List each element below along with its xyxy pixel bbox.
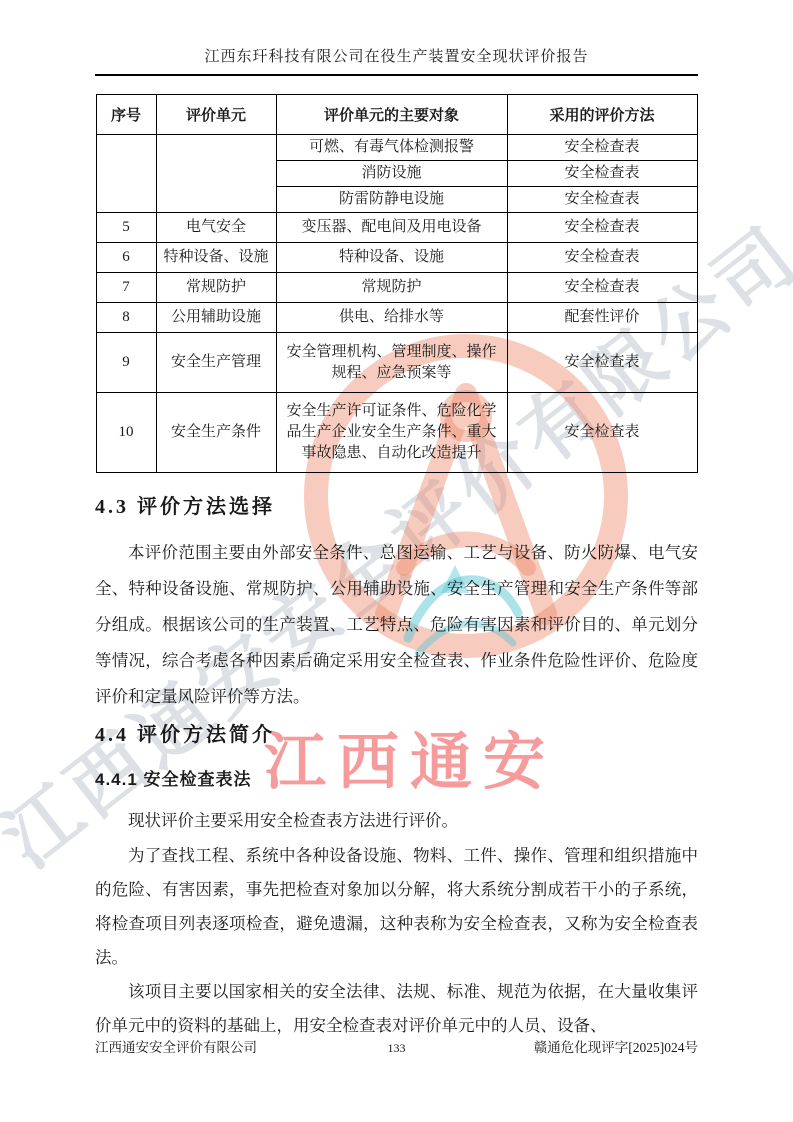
paragraph-4-4-1-basis: 该项目主要以国家相关的安全法律、法规、标准、规范为依据，在大量收集评价单元中的资… <box>95 975 698 1043</box>
table-row: 8 公用辅助设施 供电、给排水等 配套性评价 <box>96 303 697 333</box>
footer-company: 江西通安安全评价有限公司 <box>95 1036 388 1056</box>
column-header-object: 评价单元的主要对象 <box>276 95 507 135</box>
section-heading-4-4-1: 4.4.1 安全检查表法 <box>95 767 698 793</box>
column-header-no: 序号 <box>96 95 156 135</box>
page-content: 江西东玕科技有限公司在役生产装置安全现状评价报告 序号 评价单元 评价单元的主要… <box>0 0 793 1043</box>
table-row: 7 常规防护 常规防护 安全检查表 <box>96 273 697 303</box>
table-row: 10 安全生产条件 安全生产许可证条件、危险化学品生产企业安全生产条件、重大事故… <box>96 393 697 473</box>
cell-object: 常规防护 <box>276 273 507 303</box>
column-header-method: 采用的评价方法 <box>507 95 697 135</box>
cell-method: 安全检查表 <box>507 393 697 473</box>
table-row: 可燃、有毒气体检测报警 安全检查表 <box>96 135 697 161</box>
evaluation-units-table: 序号 评价单元 评价单元的主要对象 采用的评价方法 可燃、有毒气体检测报警 安全… <box>96 94 698 473</box>
cell-method: 配套性评价 <box>507 303 697 333</box>
cell-unit <box>156 135 276 213</box>
cell-object: 安全生产许可证条件、危险化学品生产企业安全生产条件、重大事故隐患、自动化改造提升 <box>276 393 507 473</box>
cell-object: 可燃、有毒气体检测报警 <box>276 135 507 161</box>
cell-method: 安全检查表 <box>507 273 697 303</box>
section-heading-4-3: 4.3 评价方法选择 <box>95 493 698 521</box>
header-rule <box>95 74 698 76</box>
table-row: 6 特种设备、设施 特种设备、设施 安全检查表 <box>96 243 697 273</box>
cell-method: 安全检查表 <box>507 243 697 273</box>
table-header-row: 序号 评价单元 评价单元的主要对象 采用的评价方法 <box>96 95 697 135</box>
document-page: 江西通安安全评价有限公司 江西通安 江西东玕科技有限公司在役生产装置安全现状评价… <box>0 0 793 1122</box>
cell-no: 8 <box>96 303 156 333</box>
cell-object: 消防设施 <box>276 161 507 187</box>
cell-object: 变压器、配电间及用电设备 <box>276 213 507 243</box>
paragraph-4-4-1-intro: 现状评价主要采用安全检查表方法进行评价。 <box>95 803 698 839</box>
cell-object: 供电、给排水等 <box>276 303 507 333</box>
column-header-unit: 评价单元 <box>156 95 276 135</box>
footer-doc-number: 赣通危化现评字[2025]024号 <box>406 1036 699 1056</box>
paragraph-4-4-1-method: 为了查找工程、系统中各种设备设施、物料、工件、操作、管理和组织措施中的危险、有害… <box>95 839 698 975</box>
cell-method: 安全检查表 <box>507 333 697 393</box>
cell-unit: 特种设备、设施 <box>156 243 276 273</box>
cell-object: 防雷防静电设施 <box>276 187 507 213</box>
cell-no: 10 <box>96 393 156 473</box>
cell-method: 安全检查表 <box>507 135 697 161</box>
cell-object: 特种设备、设施 <box>276 243 507 273</box>
cell-method: 安全检查表 <box>507 187 697 213</box>
footer-page-number: 133 <box>388 1041 406 1056</box>
document-header-title: 江西东玕科技有限公司在役生产装置安全现状评价报告 <box>95 46 698 68</box>
cell-unit: 安全生产条件 <box>156 393 276 473</box>
page-footer: 江西通安安全评价有限公司 133 赣通危化现评字[2025]024号 <box>95 1036 698 1056</box>
cell-unit: 电气安全 <box>156 213 276 243</box>
cell-unit: 安全生产管理 <box>156 333 276 393</box>
table-row: 9 安全生产管理 安全管理机构、管理制度、操作规程、应急预案等 安全检查表 <box>96 333 697 393</box>
section-heading-4-4: 4.4 评价方法简介 <box>95 721 698 749</box>
cell-no: 5 <box>96 213 156 243</box>
cell-no: 9 <box>96 333 156 393</box>
table-row: 5 电气安全 变压器、配电间及用电设备 安全检查表 <box>96 213 697 243</box>
cell-no: 7 <box>96 273 156 303</box>
cell-unit: 公用辅助设施 <box>156 303 276 333</box>
cell-object: 安全管理机构、管理制度、操作规程、应急预案等 <box>276 333 507 393</box>
paragraph-4-3: 本评价范围主要由外部安全条件、总图运输、工艺与设备、防火防爆、电气安全、特种设备… <box>95 535 698 715</box>
cell-no: 6 <box>96 243 156 273</box>
cell-unit: 常规防护 <box>156 273 276 303</box>
cell-method: 安全检查表 <box>507 213 697 243</box>
cell-method: 安全检查表 <box>507 161 697 187</box>
cell-no <box>96 135 156 213</box>
